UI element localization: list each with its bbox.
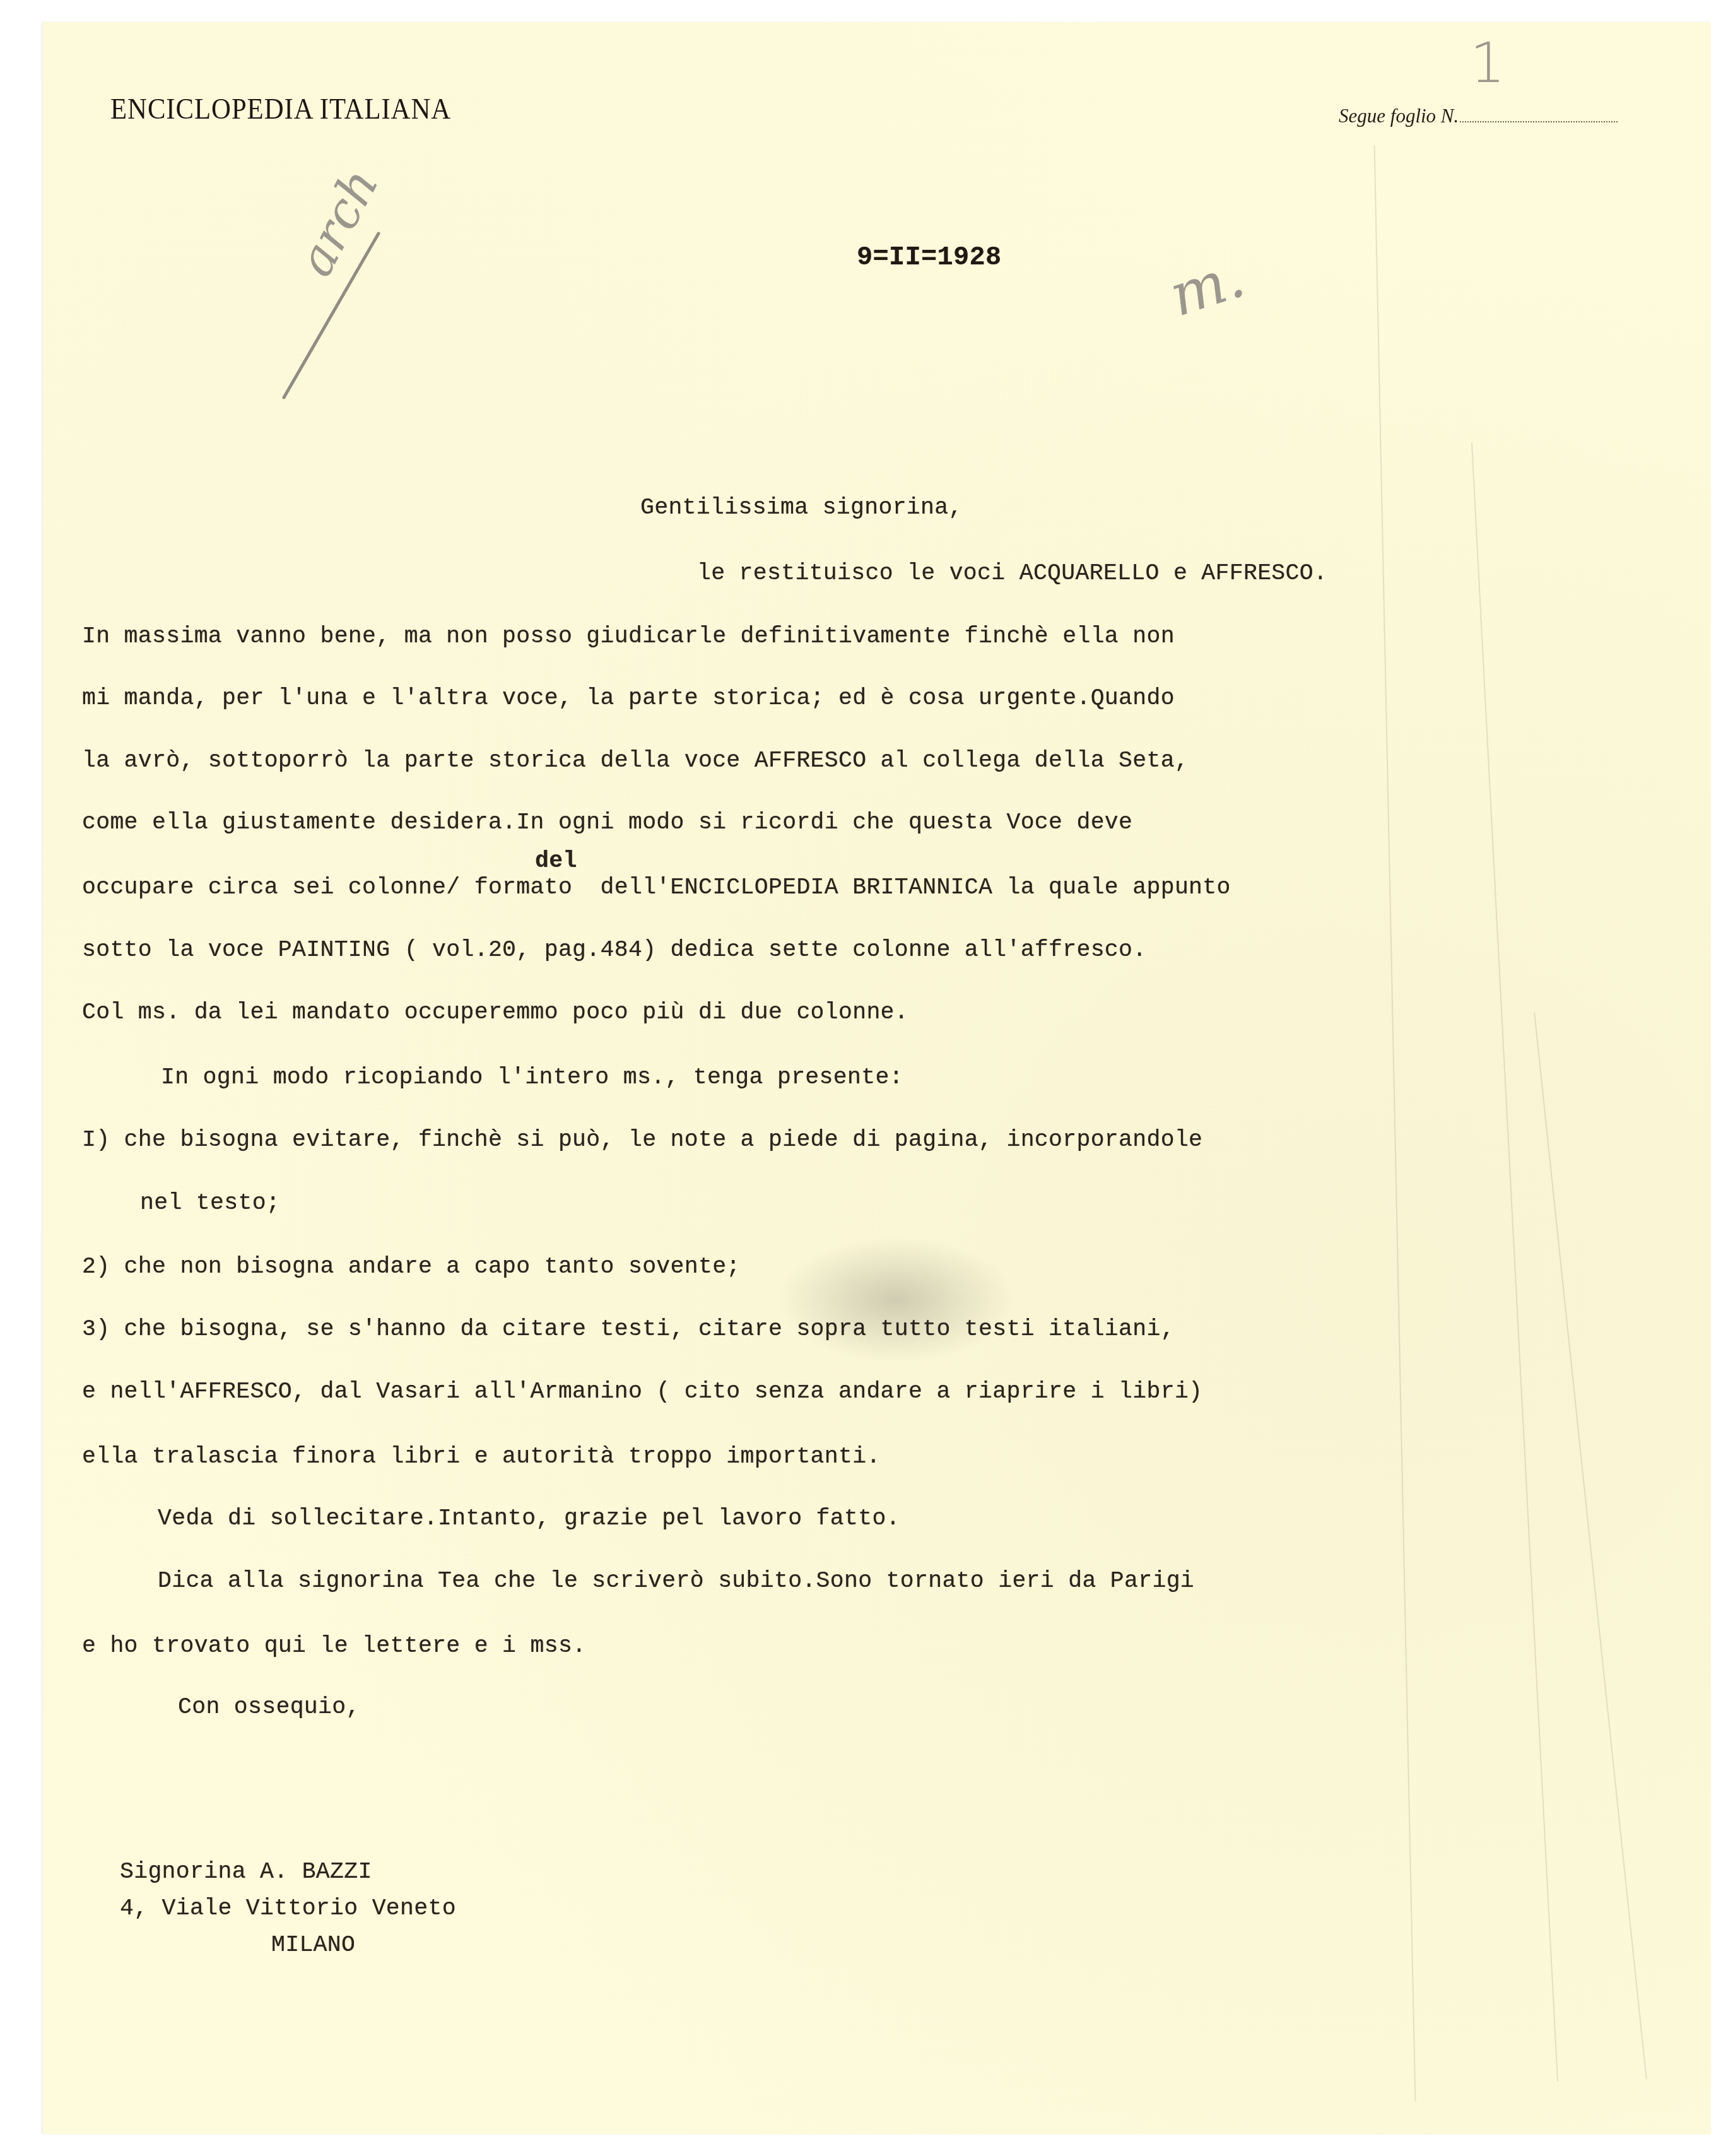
list-item-1: I) che bisogna evitare, finchè si può, l… <box>82 1127 1202 1153</box>
letterhead-title: ENCICLOPEDIA ITALIANA <box>110 92 451 126</box>
body-line: In ogni modo ricopiando l'intero ms., te… <box>161 1064 903 1090</box>
salutation: Gentilissima signorina, <box>640 495 963 521</box>
body-line: come ella giustamente desidera.In ogni m… <box>82 810 1132 835</box>
body-line: e ho trovato qui le lettere e i mss. <box>82 1633 586 1659</box>
body-line: Col ms. da lei mandato occuperemmo poco … <box>82 999 908 1025</box>
letter-date: 9=II=1928 <box>857 242 1002 273</box>
body-line: la avrò, sottoporrò la parte storica del… <box>82 748 1189 774</box>
ink-smudge <box>776 1237 1016 1363</box>
continuation-label-text: Segue foglio N. <box>1339 105 1459 127</box>
list-item-1-continuation: nel testo; <box>140 1190 280 1216</box>
body-line: mi manda, per l'una e l'altra voce, la p… <box>82 685 1175 711</box>
list-item-3: 3) che bisogna, se s'hanno da citare tes… <box>82 1316 1175 1342</box>
continuation-sheet-label: Segue foglio N. <box>1339 105 1618 127</box>
body-line: Veda di sollecitare.Intanto, grazie pel … <box>158 1505 900 1531</box>
interlinear-insertion: del <box>535 848 577 874</box>
list-item-2: 2) che non bisogna andare a capo tanto s… <box>82 1254 741 1280</box>
body-line: sotto la voce PAINTING ( vol.20, pag.484… <box>82 937 1146 963</box>
body-line: In massima vanno bene, ma non posso giud… <box>82 623 1175 649</box>
recipient-name: Signorina A. BAZZI <box>120 1859 372 1885</box>
pencil-slash-icon <box>265 221 391 410</box>
body-line: le restituisco le voci ACQUARELLO e AFFR… <box>697 560 1327 586</box>
body-line: occupare circa sei colonne/ formato dell… <box>82 875 1231 900</box>
recipient-street: 4, Viale Vittorio Veneto <box>120 1895 456 1921</box>
recipient-city: MILANO <box>271 1932 355 1958</box>
body-line: ella tralascia finora libri e autorità t… <box>82 1444 881 1470</box>
closing: Con ossequio, <box>178 1694 360 1720</box>
body-line: Dica alla signorina Tea che le scriverò … <box>158 1568 1194 1594</box>
list-item-3-continuation: e nell'AFFRESCO, dal Vasari all'Armanino… <box>82 1379 1202 1405</box>
page-number-annotation: 1 <box>1470 30 1505 95</box>
continuation-dotted-line <box>1460 120 1618 122</box>
